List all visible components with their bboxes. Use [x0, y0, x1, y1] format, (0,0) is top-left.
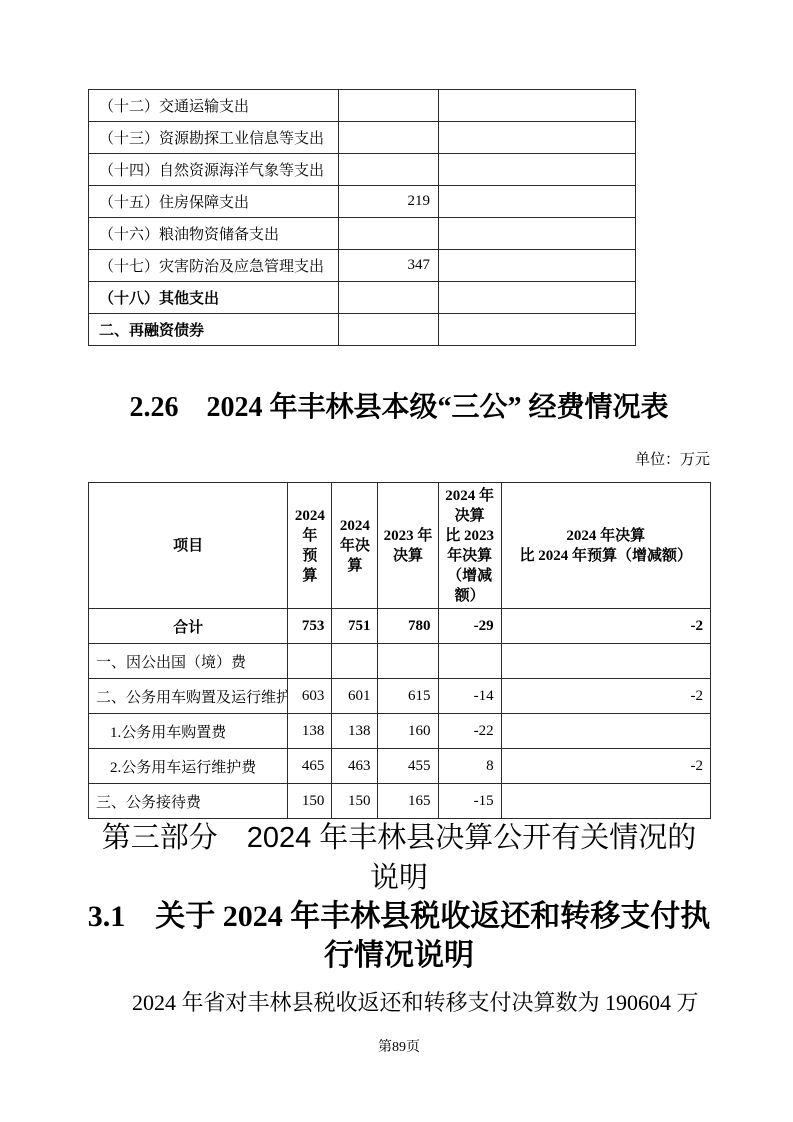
- header-budget-2024: 2024 年 预 算: [288, 483, 332, 609]
- table-row: （十二）交通运输支出: [89, 90, 636, 122]
- header-final-2024: 2024 年决 算: [332, 483, 378, 609]
- cell-label: 1.公务用车购置费: [89, 714, 288, 749]
- cell-value: -2: [501, 679, 710, 714]
- cell-label: 二、公务用车购置及运行维护费: [89, 679, 288, 714]
- cell-value: -2: [501, 609, 710, 644]
- expenditure-continuation-table: （十二）交通运输支出 （十三）资源勘探工业信息等支出 （十四）自然资源海洋气象等…: [88, 89, 636, 346]
- cell-label: 二、再融资债券: [89, 314, 339, 346]
- table-row-total: 合计 753 751 780 -29 -2: [89, 609, 711, 644]
- cell-label: （十二）交通运输支出: [89, 90, 339, 122]
- cell-value: [439, 90, 636, 122]
- cell-label: 合计: [89, 609, 288, 644]
- table-row: （十三）资源勘探工业信息等支出: [89, 122, 636, 154]
- cell-value: 8: [438, 749, 501, 784]
- part3-heading-line1: 第三部分 2024 年丰林县决算公开有关情况的: [44, 818, 754, 858]
- cell-value: [339, 154, 439, 186]
- cell-label: 三、公务接待费: [89, 784, 288, 819]
- cell-value: 463: [332, 749, 378, 784]
- cell-label: （十八）其他支出: [89, 282, 339, 314]
- document-page: { "page": { "unit_label": "单位：万元", "foot…: [0, 0, 793, 1122]
- part3-heading-line2: 说明: [44, 858, 754, 898]
- table-header-row: 项目 2024 年 预 算 2024 年决 算 2023 年 决算 2024 年…: [89, 483, 711, 609]
- cell-value: [439, 186, 636, 218]
- header-item: 项目: [89, 483, 288, 609]
- cell-value: [439, 154, 636, 186]
- cell-value: 150: [332, 784, 378, 819]
- header-diff-vs-2023: 2024 年 决算 比 2023 年决算 （增减 额）: [438, 483, 501, 609]
- cell-value: 138: [332, 714, 378, 749]
- cell-value: 751: [332, 609, 378, 644]
- section-3-1-heading: 3.1 关于 2024 年丰林县税收返还和转移支付执 行情况说明: [44, 897, 754, 975]
- cell-value: [288, 644, 332, 679]
- cell-label: （十三）资源勘探工业信息等支出: [89, 122, 339, 154]
- cell-value: [339, 218, 439, 250]
- cell-value: -29: [438, 609, 501, 644]
- table-row: 2.公务用车运行维护费 465 463 455 8 -2: [89, 749, 711, 784]
- cell-label: （十四）自然资源海洋气象等支出: [89, 154, 339, 186]
- cell-value: 455: [378, 749, 438, 784]
- cell-value: [339, 122, 439, 154]
- cell-value: [339, 90, 439, 122]
- cell-label: 2.公务用车运行维护费: [89, 749, 288, 784]
- table-row: （十六）粮油物资储备支出: [89, 218, 636, 250]
- cell-value: [439, 282, 636, 314]
- cell-value: [439, 218, 636, 250]
- cell-value: -2: [501, 749, 710, 784]
- header-diff-vs-budget: 2024 年决算 比 2024 年预算（增减额）: [501, 483, 710, 609]
- cell-value: -15: [438, 784, 501, 819]
- table-row: 二、公务用车购置及运行维护费 603 601 615 -14 -2: [89, 679, 711, 714]
- cell-label: （十七）灾害防治及应急管理支出: [89, 250, 339, 282]
- cell-value: [439, 122, 636, 154]
- table-row: （十八）其他支出: [89, 282, 636, 314]
- table-row: （十五）住房保障支出 219: [89, 186, 636, 218]
- cell-value: 150: [288, 784, 332, 819]
- cell-value: 601: [332, 679, 378, 714]
- cell-value: 615: [378, 679, 438, 714]
- cell-value: -14: [438, 679, 501, 714]
- cell-value: 347: [339, 250, 439, 282]
- cell-value: 780: [378, 609, 438, 644]
- cell-value: 219: [339, 186, 439, 218]
- cell-value: 165: [378, 784, 438, 819]
- table-row: 1.公务用车购置费 138 138 160 -22: [89, 714, 711, 749]
- three-public-expenses-table: 项目 2024 年 预 算 2024 年决 算 2023 年 决算 2024 年…: [88, 482, 711, 819]
- cell-value: -22: [438, 714, 501, 749]
- section-3-1-heading-line2: 行情况说明: [44, 936, 754, 975]
- cell-value: [501, 784, 710, 819]
- cell-label: 一、因公出国（境）费: [89, 644, 288, 679]
- cell-label: （十六）粮油物资储备支出: [89, 218, 339, 250]
- section-3-1-heading-line1: 3.1 关于 2024 年丰林县税收返还和转移支付执: [44, 897, 754, 936]
- cell-value: [339, 314, 439, 346]
- cell-value: [378, 644, 438, 679]
- cell-value: 603: [288, 679, 332, 714]
- table-row: 二、再融资债券: [89, 314, 636, 346]
- table-row: 三、公务接待费 150 150 165 -15: [89, 784, 711, 819]
- part3-heading: 第三部分 2024 年丰林县决算公开有关情况的 说明: [44, 818, 754, 898]
- body-paragraph: 2024 年省对丰林县税收返还和转移支付决算数为 190604 万: [88, 986, 710, 1020]
- cell-value: 138: [288, 714, 332, 749]
- table-row: （十四）自然资源海洋气象等支出: [89, 154, 636, 186]
- cell-value: [501, 644, 710, 679]
- header-final-2023: 2023 年 决算: [378, 483, 438, 609]
- cell-value: 160: [378, 714, 438, 749]
- cell-value: 465: [288, 749, 332, 784]
- cell-value: [501, 714, 710, 749]
- unit-label: 单位：万元: [88, 451, 710, 469]
- cell-value: 753: [288, 609, 332, 644]
- table-row: （十七）灾害防治及应急管理支出 347: [89, 250, 636, 282]
- cell-value: [339, 282, 439, 314]
- table-row: 一、因公出国（境）费: [89, 644, 711, 679]
- page-number: 第89页: [88, 1040, 710, 1056]
- cell-value: [438, 644, 501, 679]
- cell-value: [439, 314, 636, 346]
- cell-value: [332, 644, 378, 679]
- cell-label: （十五）住房保障支出: [89, 186, 339, 218]
- section-title: 2.26 2024 年丰林县本级“三公” 经费情况表: [44, 388, 754, 428]
- cell-value: [439, 250, 636, 282]
